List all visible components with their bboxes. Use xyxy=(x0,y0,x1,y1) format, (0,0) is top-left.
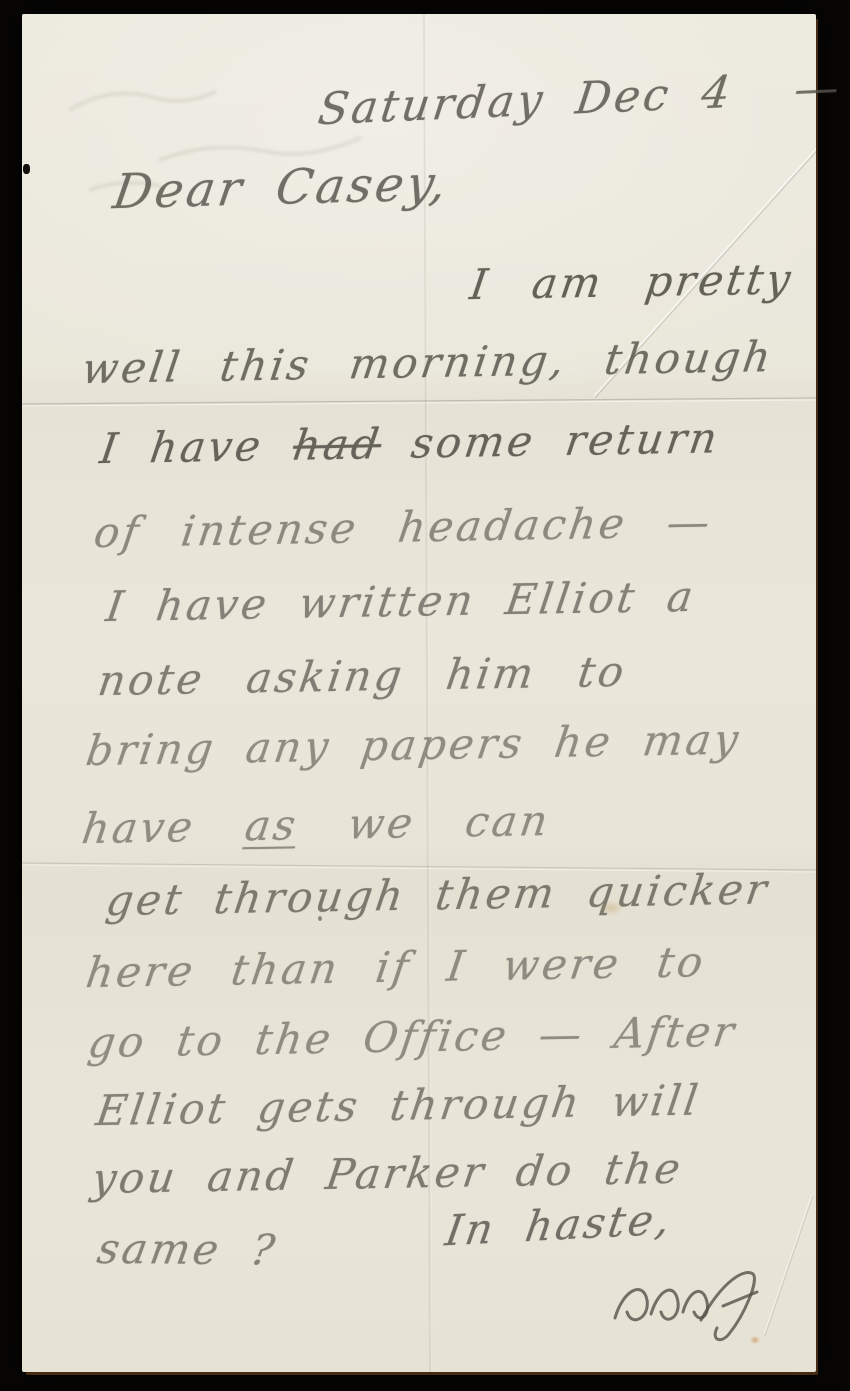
letter-text: well this morning, though xyxy=(79,332,777,393)
letter-text: note asking him to xyxy=(95,647,630,705)
letter-line-b4: of intense headache — xyxy=(91,497,716,557)
letter-text: here than if I were to xyxy=(83,937,709,997)
letter-text: Dear Casey, xyxy=(110,155,453,220)
letter-text: Saturday Dec 4 — xyxy=(315,62,845,135)
letter-line-b12: Elliot gets through will xyxy=(93,1075,704,1135)
letter-line-b13: you and Parker do the xyxy=(89,1144,686,1203)
letter-text: I have written Elliot a xyxy=(103,572,699,631)
letter-line-date: Saturday Dec 4 — xyxy=(315,62,845,135)
letter-text: same ? xyxy=(94,1224,281,1274)
letter-line-b7: bring any papers he may xyxy=(83,715,744,776)
letter-text: I am pretty xyxy=(467,254,796,309)
letter-text: In haste, xyxy=(442,1194,676,1255)
letter-paper: Saturday Dec 4 —Dear Casey,I am prettywe… xyxy=(22,14,816,1372)
letter-line-haste: In haste, xyxy=(442,1194,676,1255)
struck-word: had xyxy=(290,419,385,470)
letter-line-b1: I am pretty xyxy=(467,254,796,309)
letter-text: bring any papers he may xyxy=(83,715,744,776)
letter-body: Saturday Dec 4 —Dear Casey,I am prettywe… xyxy=(22,14,816,1372)
letter-line-sal: Dear Casey, xyxy=(110,155,453,220)
letter-text: some return xyxy=(378,413,723,468)
page-background: Saturday Dec 4 —Dear Casey,I am prettywe… xyxy=(0,0,850,1391)
letter-line-b11: go to the Office — After xyxy=(85,1007,740,1067)
letter-line-b8: have as we can xyxy=(79,796,554,853)
letter-line-b2: well this morning, though xyxy=(79,332,777,393)
signature-scrawl xyxy=(605,1262,790,1362)
letter-line-b9: get through them quicker xyxy=(103,864,773,925)
letter-line-b3: I have had some return xyxy=(97,413,723,473)
underlined-word: as xyxy=(242,800,301,850)
letter-text: we can xyxy=(295,796,554,850)
letter-text: I have xyxy=(97,421,297,473)
letter-text: of intense headache — xyxy=(91,497,716,557)
letter-line-b10: here than if I were to xyxy=(83,937,709,997)
letter-text: have xyxy=(79,801,249,853)
letter-line-b6: note asking him to xyxy=(95,647,630,705)
letter-text: you and Parker do the xyxy=(89,1144,686,1203)
letter-text: get through them quicker xyxy=(103,864,773,925)
letter-text: go to the Office — After xyxy=(85,1007,740,1067)
letter-text: Elliot gets through will xyxy=(93,1075,704,1135)
letter-line-b5: I have written Elliot a xyxy=(103,572,699,631)
letter-line-same: same ? xyxy=(94,1224,281,1274)
